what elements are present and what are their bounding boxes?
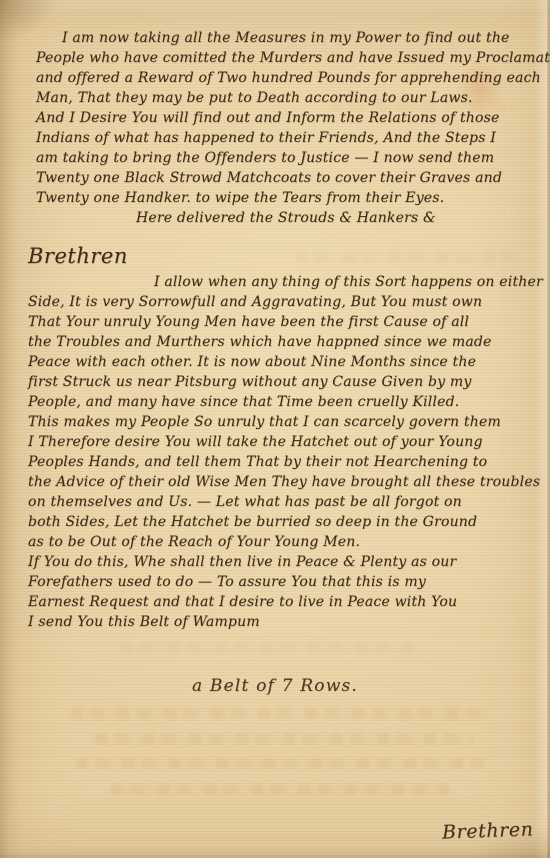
manuscript-line: That Your unruly Young Men have been the… (28, 312, 540, 332)
manuscript-line: the Advice of their old Wise Men They ha… (28, 472, 540, 492)
manuscript-line: on themselves and Us. — Let what has pas… (28, 492, 540, 512)
delivery-note: Here delivered the Strouds & Hankers & (28, 208, 540, 228)
manuscript-line: Side, It is very Sorrowfull and Aggravat… (28, 292, 540, 312)
manuscript-line: am taking to bring the Offenders to Just… (28, 148, 540, 168)
ink-bleed-through (120, 642, 420, 653)
manuscript-line: both Sides, Let the Hatchet be burried s… (28, 512, 540, 532)
ink-bleed-through (95, 733, 475, 744)
manuscript-line: Indians of what has happened to their Fr… (28, 128, 540, 148)
manuscript-page: I am now taking all the Measures in my P… (0, 0, 550, 858)
manuscript-line: Peoples Hands, and tell them That by the… (28, 452, 540, 472)
manuscript-line: I allow when any thing of this Sort happ… (28, 272, 540, 292)
belt-annotation: a Belt of 7 Rows. (0, 676, 550, 696)
manuscript-line: And I Desire You will find out and Infor… (28, 108, 540, 128)
manuscript-line: People who have comitted the Murders and… (28, 48, 540, 68)
salutation-brethren: Brethren (28, 240, 540, 272)
manuscript-line: and offered a Reward of Two hundred Poun… (28, 68, 540, 88)
manuscript-line: Earnest Request and that I desire to liv… (28, 592, 540, 612)
catchword-brethren: Brethren (442, 818, 534, 843)
manuscript-line: I Therefore desire You will take the Hat… (28, 432, 540, 452)
manuscript-line: Twenty one Handker. to wipe the Tears fr… (28, 188, 540, 208)
manuscript-line: Forefathers used to do — To assure You t… (28, 572, 540, 592)
manuscript-line: Peace with each other. It is now about N… (28, 352, 540, 372)
ink-bleed-through (75, 758, 485, 769)
manuscript-line: Twenty one Black Strowd Matchcoats to co… (28, 168, 540, 188)
manuscript-line: as to be Out of the Reach of Your Young … (28, 532, 540, 552)
manuscript-line: Man, That they may be put to Death accor… (28, 88, 540, 108)
manuscript-line: People, and many have since that Time be… (28, 392, 540, 412)
manuscript-line: I send You this Belt of Wampum (28, 612, 540, 632)
letter-body: I am now taking all the Measures in my P… (28, 28, 540, 632)
manuscript-line: I am now taking all the Measures in my P… (28, 28, 540, 48)
manuscript-line: the Troubles and Murthers which have hap… (28, 332, 540, 352)
manuscript-line: This makes my People So unruly that I ca… (28, 412, 540, 432)
ink-bleed-through (70, 708, 490, 719)
ink-bleed-through (110, 784, 450, 795)
manuscript-line: If You do this, Whe shall then live in P… (28, 552, 540, 572)
manuscript-line: first Struck us near Pitsburg without an… (28, 372, 540, 392)
